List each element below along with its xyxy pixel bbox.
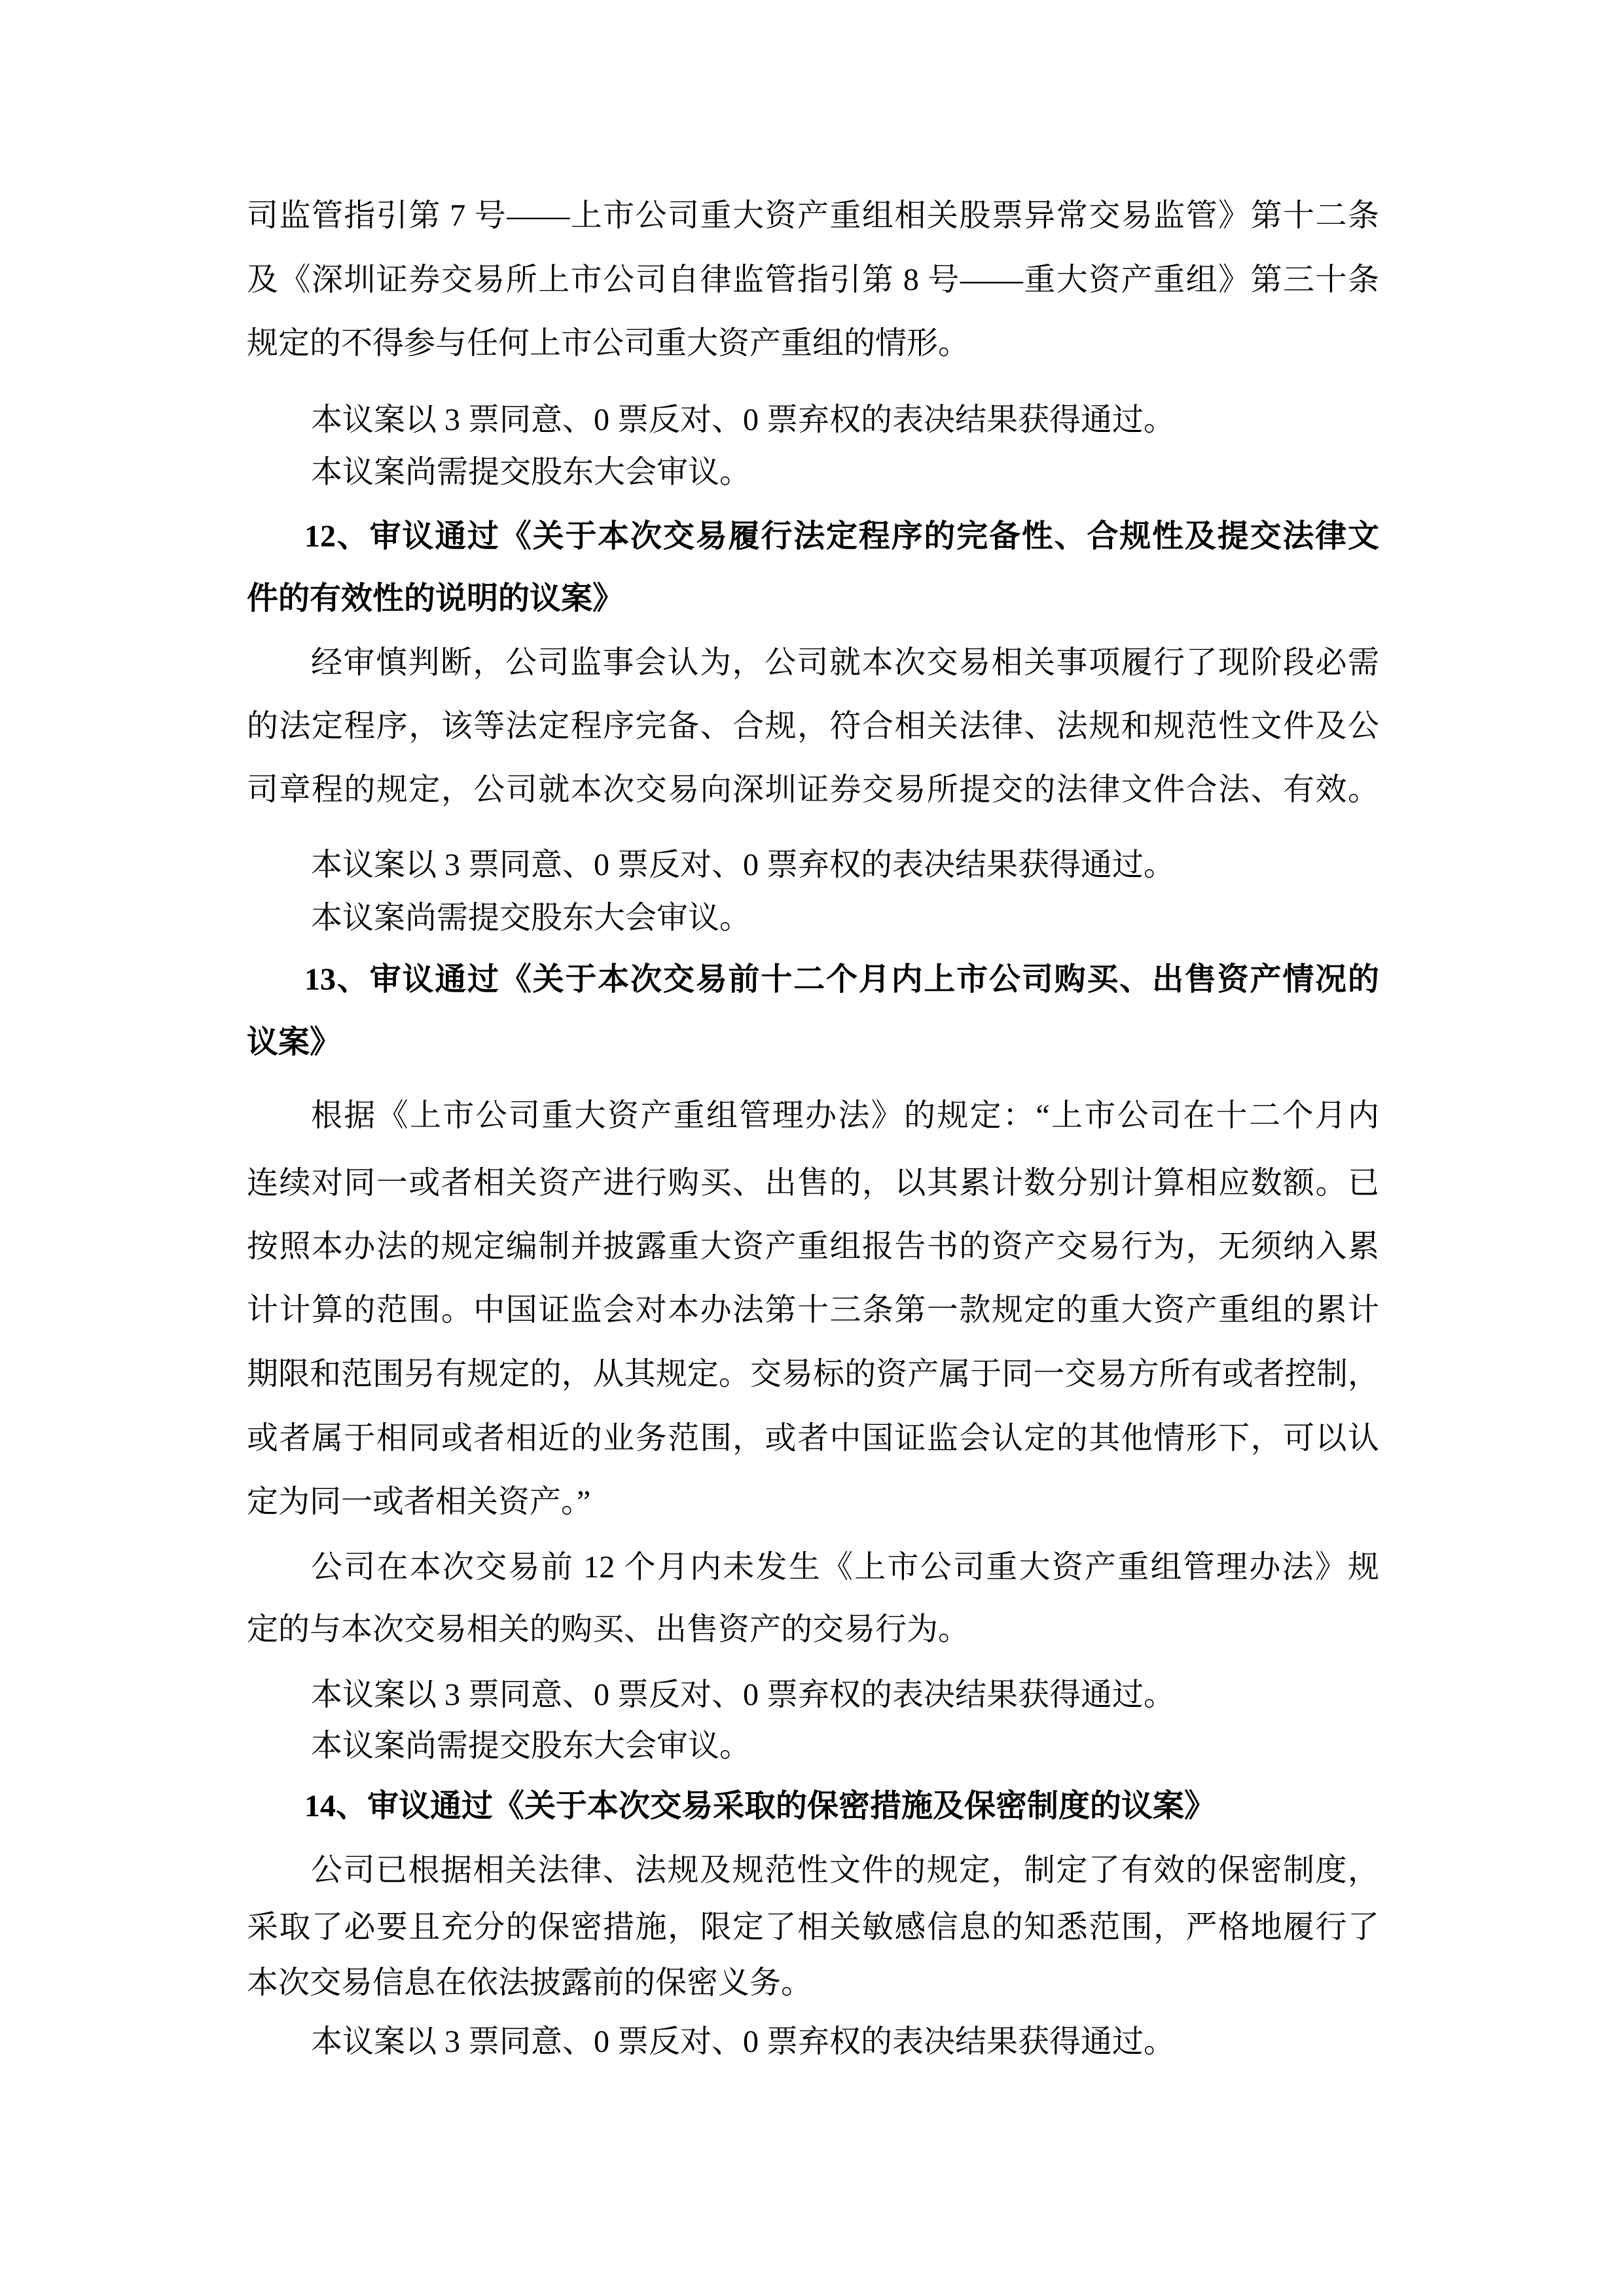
paragraph-line: 计计算的范围。中国证监会对本办法第十三条第一款规定的重大资产重组的累计 [247, 1291, 1379, 1330]
paragraph-line: 期限和范围另有规定的，从其规定。交易标的资产属于同一交易方所有或者控制， [247, 1355, 1379, 1394]
resolution-12-heading: 12、审议通过《关于本次交易履行法定程序的完备性、合规性及提交法律文 [304, 517, 1379, 556]
vote-result: 本议案以 3 票同意、0 票反对、0 票弃权的表决结果获得通过。 [311, 401, 1379, 440]
paragraph-line: 公司在本次交易前 12 个月内未发生《上市公司重大资产重组管理办法》规 [311, 1548, 1379, 1587]
paragraph-line: 司监管指引第 7 号——上市公司重大资产重组相关股票异常交易监管》第十二条 [247, 196, 1379, 236]
pending-approval-note: 本议案尚需提交股东大会审议。 [311, 899, 1379, 938]
vote-result: 本议案以 3 票同意、0 票反对、0 票弃权的表决结果获得通过。 [311, 1676, 1379, 1715]
paragraph-line: 公司已根据相关法律、法规及规范性文件的规定，制定了有效的保密制度， [311, 1851, 1379, 1890]
resolution-14-heading: 14、审议通过《关于本次交易采取的保密措施及保密制度的议案》 [304, 1787, 1379, 1826]
vote-result: 本议案以 3 票同意、0 票反对、0 票弃权的表决结果获得通过。 [311, 846, 1379, 885]
paragraph-line: 经审慎判断，公司监事会认为，公司就本次交易相关事项履行了现阶段必需 [311, 643, 1379, 683]
paragraph-line: 规定的不得参与任何上市公司重大资产重组的情形。 [247, 324, 1379, 363]
vote-result: 本议案以 3 票同意、0 票反对、0 票弃权的表决结果获得通过。 [311, 2022, 1379, 2062]
paragraph-line: 定的与本次交易相关的购买、出售资产的交易行为。 [247, 1610, 1379, 1649]
paragraph-line: 司章程的规定，公司就本次交易向深圳证券交易所提交的法律文件合法、有效。 [247, 770, 1379, 810]
paragraph-line: 连续对同一或者相关资产进行购买、出售的，以其累计数分别计算相应数额。已 [247, 1164, 1379, 1203]
paragraph-line: 本次交易信息在依法披露前的保密义务。 [247, 1964, 1379, 2003]
paragraph-line: 根据《上市公司重大资产重组管理办法》的规定：“上市公司在十二个月内 [311, 1096, 1379, 1136]
paragraph-line: 按照本办法的规定编制并披露重大资产重组报告书的资产交易行为，无须纳入累 [247, 1227, 1379, 1266]
paragraph-line: 及《深圳证券交易所上市公司自律监管指引第 8 号——重大资产重组》第三十条 [247, 260, 1379, 300]
paragraph-line: 定为同一或者相关资产。” [247, 1482, 1379, 1522]
document-page: 司监管指引第 7 号——上市公司重大资产重组相关股票异常交易监管》第十二条 及《… [0, 0, 1624, 2296]
paragraph-line: 采取了必要且充分的保密措施，限定了相关敏感信息的知悉范围，严格地履行了 [247, 1908, 1379, 1947]
paragraph-line: 或者属于相同或者相近的业务范围，或者中国证监会认定的其他情形下，可以认 [247, 1419, 1379, 1458]
pending-approval-note: 本议案尚需提交股东大会审议。 [311, 1727, 1379, 1766]
resolution-12-heading: 件的有效性的说明的议案》 [247, 579, 1379, 619]
paragraph-line: 的法定程序，该等法定程序完备、合规，符合相关法律、法规和规范性文件及公 [247, 707, 1379, 746]
pending-approval-note: 本议案尚需提交股东大会审议。 [311, 453, 1379, 492]
resolution-13-heading: 13、审议通过《关于本次交易前十二个月内上市公司购买、出售资产情况的 [304, 960, 1379, 999]
resolution-13-heading: 议案》 [247, 1023, 1379, 1062]
